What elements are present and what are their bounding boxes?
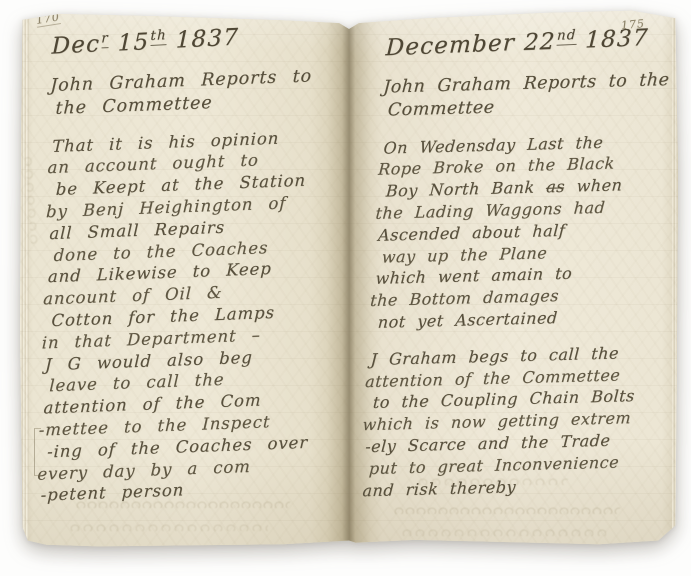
bleed-through-writing — [394, 505, 620, 514]
salutation-right: John Graham Reports to theCommettee — [381, 68, 684, 123]
open-book-spread: 170 175 Decr15th1837 John Graham Reports… — [20, 8, 678, 548]
day-number: 15 — [117, 29, 149, 57]
bleed-through-writing — [76, 499, 290, 508]
report-paragraph-1-right: On Wedensday Last theRope Broke on the B… — [368, 129, 680, 333]
report-body-left: That it is his opinionan account ought t… — [36, 125, 340, 507]
day-ordinal-superscript: th — [150, 28, 167, 46]
bleed-through-writing — [418, 476, 568, 485]
month-abbr: Dec — [51, 31, 100, 59]
bleed-through-writing — [70, 522, 268, 531]
photograph-background: 170 175 Decr15th1837 John Graham Reports… — [0, 0, 691, 576]
day-ordinal-superscript: nd — [557, 28, 577, 46]
day-number: 22 — [523, 28, 556, 55]
year: 1837 — [175, 24, 239, 53]
month-name: December — [385, 30, 516, 61]
left-page-entry: Decr15th1837 John Graham Reports tothe C… — [36, 12, 344, 522]
page-stack-edge-left — [20, 16, 29, 544]
minute-book: 170 175 Decr15th1837 John Graham Reports… — [20, 8, 678, 548]
year: 1837 — [585, 25, 650, 54]
month-superscript: r — [101, 31, 109, 48]
salutation-left: John Graham Reports tothe Commettee — [49, 64, 342, 122]
pencil-margin-mark — [34, 428, 41, 476]
right-page-entry: December22nd1837 John Graham Reports to … — [357, 17, 687, 517]
bleed-through-writing — [402, 527, 606, 536]
